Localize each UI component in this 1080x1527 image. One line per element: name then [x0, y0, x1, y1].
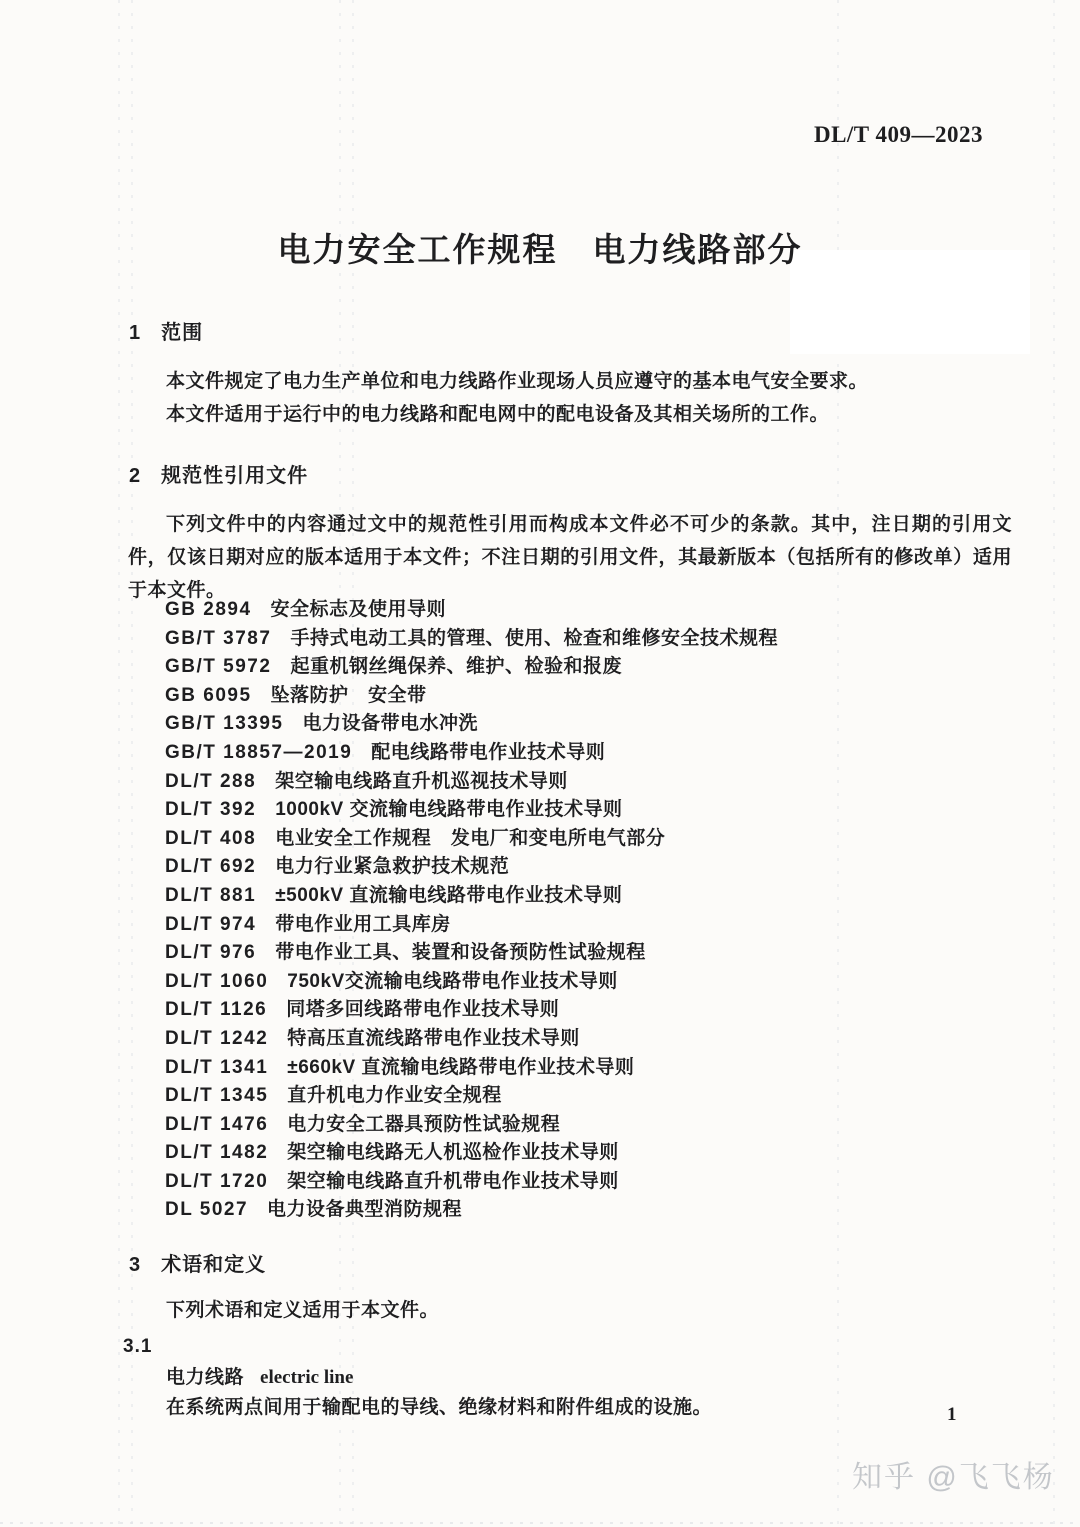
section-number: 3 — [129, 1254, 141, 1277]
reference-row: DL/T 974带电作业用工具库房 — [165, 911, 778, 940]
references-intro: 下列文件中的内容通过文中的规范性引用而构成本文件必不可少的条款。其中，注日期的引… — [128, 508, 1012, 607]
reference-row: DL/T 1126同塔多回线路带电作业技术导则 — [165, 996, 778, 1025]
reference-code: DL/T 974 — [165, 911, 256, 940]
scan-artifact-dotted-line — [1053, 0, 1055, 1527]
reference-title: 直升机电力作业安全规程 — [287, 1085, 502, 1106]
reference-title: 带电作业用工具库房 — [275, 914, 451, 935]
reference-title: 特高压直流线路带电作业技术导则 — [287, 1028, 580, 1049]
reference-code: DL 5027 — [165, 1196, 248, 1225]
reference-title: 电力安全工器具预防性试验规程 — [287, 1114, 560, 1135]
reference-row: DL/T 692电力行业紧急救护技术规范 — [165, 853, 778, 882]
reference-code: DL/T 976 — [165, 939, 256, 968]
reference-title: 坠落防护 安全带 — [271, 685, 427, 706]
section-title: 范围 — [161, 322, 203, 344]
section-1-heading: 1范围 — [129, 316, 203, 345]
reference-code: DL/T 408 — [165, 825, 256, 854]
reference-row: GB 6095坠落防护 安全带 — [165, 682, 778, 711]
reference-code: DL/T 881 — [165, 882, 256, 911]
scope-paragraphs: 本文件规定了电力生产单位和电力线路作业现场人员应遵守的基本电气安全要求。 本文件… — [128, 365, 1012, 431]
reference-code: DL/T 692 — [165, 853, 256, 882]
reference-title: ±660kV 直流输电线路带电作业技术导则 — [287, 1057, 634, 1078]
reference-title: 同塔多回线路带电作业技术导则 — [286, 999, 559, 1020]
reference-row: GB/T 18857—2019配电线路带电作业技术导则 — [165, 739, 778, 768]
reference-title: 起重机钢丝绳保养、维护、检验和报废 — [290, 656, 622, 677]
reference-code: GB 6095 — [165, 682, 252, 711]
reference-title: 手持式电动工具的管理、使用、检查和维修安全技术规程 — [290, 628, 778, 649]
reference-row: DL/T 1720架空输电线路直升机带电作业技术导则 — [165, 1168, 778, 1197]
reference-title: 电力行业紧急救护技术规范 — [275, 856, 509, 877]
reference-row: DL/T 288架空输电线路直升机巡视技术导则 — [165, 768, 778, 797]
reference-row: DL/T 1476电力安全工器具预防性试验规程 — [165, 1111, 778, 1140]
section-number: 1 — [129, 322, 141, 345]
term-name: 电力线路 — [166, 1367, 244, 1388]
reference-row: DL/T 1482架空输电线路无人机巡检作业技术导则 — [165, 1139, 778, 1168]
reference-title: 1000kV 交流输电线路带电作业技术导则 — [275, 799, 622, 820]
reference-title: 750kV交流输电线路带电作业技术导则 — [287, 971, 617, 992]
reference-row: GB/T 5972起重机钢丝绳保养、维护、检验和报废 — [165, 653, 778, 682]
section-title: 规范性引用文件 — [161, 465, 308, 487]
reference-row: GB/T 3787手持式电动工具的管理、使用、检查和维修安全技术规程 — [165, 625, 778, 654]
reference-code: DL/T 1345 — [165, 1082, 268, 1111]
reference-title: 安全标志及使用导则 — [271, 599, 447, 620]
reference-title: 电力设备带电水冲洗 — [303, 713, 479, 734]
reference-title: 架空输电线路直升机带电作业技术导则 — [287, 1171, 619, 1192]
reference-code: DL/T 1341 — [165, 1054, 268, 1083]
standard-number: DL/T 409—2023 — [814, 122, 983, 148]
reference-title: 架空输电线路直升机巡视技术导则 — [275, 771, 568, 792]
section-number: 2 — [129, 465, 141, 488]
term-definition: 在系统两点间用于输配电的导线、绝缘材料和附件组成的设施。 — [166, 1392, 712, 1419]
reference-row: DL/T 408电业安全工作规程 发电厂和变电所电气部分 — [165, 825, 778, 854]
term-english-name: electric line — [260, 1367, 353, 1388]
scope-paragraph: 本文件规定了电力生产单位和电力线路作业现场人员应遵守的基本电气安全要求。 — [128, 365, 1012, 398]
reference-row: GB 2894安全标志及使用导则 — [165, 596, 778, 625]
section-title: 术语和定义 — [161, 1254, 266, 1276]
terms-intro-paragraph: 下列术语和定义适用于本文件。 — [128, 1294, 1012, 1327]
term-heading: 电力线路electric line — [166, 1362, 353, 1389]
reference-row: DL/T 976带电作业工具、装置和设备预防性试验规程 — [165, 939, 778, 968]
reference-title: 架空输电线路无人机巡检作业技术导则 — [287, 1142, 619, 1163]
reference-code: GB/T 18857—2019 — [165, 739, 352, 768]
reference-row: DL/T 3921000kV 交流输电线路带电作业技术导则 — [165, 796, 778, 825]
reference-code: GB 2894 — [165, 596, 252, 625]
reference-code: DL/T 1476 — [165, 1111, 268, 1140]
references-intro-paragraph: 下列文件中的内容通过文中的规范性引用而构成本文件必不可少的条款。其中，注日期的引… — [128, 508, 1012, 607]
reference-title: ±500kV 直流输电线路带电作业技术导则 — [275, 885, 622, 906]
reference-title: 电业安全工作规程 发电厂和变电所电气部分 — [275, 828, 665, 849]
reference-code: GB/T 5972 — [165, 653, 271, 682]
reference-code: DL/T 1060 — [165, 968, 268, 997]
scan-artifact-bottom-edge — [0, 1522, 1080, 1524]
references-list: GB 2894安全标志及使用导则 GB/T 3787手持式电动工具的管理、使用、… — [165, 596, 778, 1225]
reference-code: GB/T 13395 — [165, 710, 284, 739]
reference-row: DL/T 1345直升机电力作业安全规程 — [165, 1082, 778, 1111]
reference-code: DL/T 1720 — [165, 1168, 268, 1197]
scope-paragraph: 本文件适用于运行中的电力线路和配电网中的配电设备及其相关场所的工作。 — [128, 398, 1012, 431]
reference-code: DL/T 1482 — [165, 1139, 268, 1168]
section-3-heading: 3术语和定义 — [129, 1248, 266, 1277]
reference-code: DL/T 392 — [165, 796, 256, 825]
watermark: 知乎 @飞飞杨 — [852, 1452, 1055, 1496]
reference-title: 带电作业工具、装置和设备预防性试验规程 — [275, 942, 646, 963]
reference-row: DL/T 1060750kV交流输电线路带电作业技术导则 — [165, 968, 778, 997]
terms-intro: 下列术语和定义适用于本文件。 — [128, 1294, 1012, 1327]
reference-row: DL/T 881±500kV 直流输电线路带电作业技术导则 — [165, 882, 778, 911]
scanned-document-page: DL/T 409—2023 电力安全工作规程 电力线路部分 1范围 本文件规定了… — [0, 0, 1080, 1527]
reference-row: DL/T 1341±660kV 直流输电线路带电作业技术导则 — [165, 1054, 778, 1083]
reference-title: 配电线路带电作业技术导则 — [371, 742, 605, 763]
reference-code: GB/T 3787 — [165, 625, 271, 654]
reference-row: DL 5027电力设备典型消防规程 — [165, 1196, 778, 1225]
reference-code: DL/T 1242 — [165, 1025, 268, 1054]
reference-code: DL/T 288 — [165, 768, 256, 797]
document-title: 电力安全工作规程 电力线路部分 — [100, 224, 980, 271]
term-number: 3.1 — [123, 1336, 152, 1358]
page-number: 1 — [947, 1404, 957, 1426]
reference-row: GB/T 13395电力设备带电水冲洗 — [165, 710, 778, 739]
reference-title: 电力设备典型消防规程 — [267, 1199, 462, 1220]
reference-row: DL/T 1242特高压直流线路带电作业技术导则 — [165, 1025, 778, 1054]
section-2-heading: 2规范性引用文件 — [129, 459, 308, 488]
reference-code: DL/T 1126 — [165, 996, 267, 1025]
